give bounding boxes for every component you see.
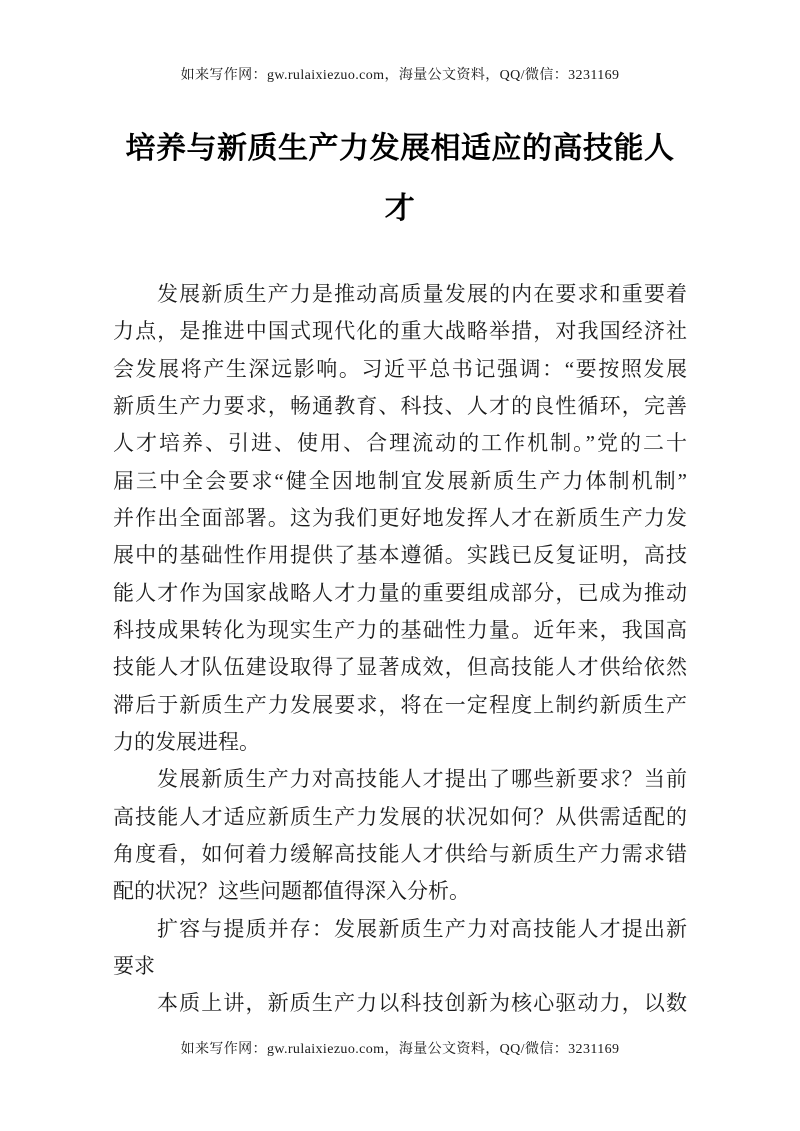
document-page: 如来写作网：gw.rulaixiezuo.com，海量公文资料，QQ/微信：32…	[0, 0, 800, 1131]
body-line: 科技成果转化为现实生产力的基础性力量。近年来，我国高	[113, 612, 687, 649]
body-line: 扩容与提质并存：发展新质生产力对高技能人才提出新	[113, 911, 687, 948]
body-line: 能人才作为国家战略人才力量的重要组成部分，已成为推动	[113, 575, 687, 612]
body-line: 滞后于新质生产力发展要求，将在一定程度上制约新质生产	[113, 687, 687, 724]
title-line: 才	[113, 179, 687, 239]
header-watermark: 如来写作网：gw.rulaixiezuo.com，海量公文资料，QQ/微信：32…	[0, 66, 800, 86]
body-line: 届三中全会要求“健全因地制宜发展新质生产力体制机制”	[113, 463, 687, 500]
body-line: 要求	[113, 948, 687, 985]
paragraph: 发展新质生产力是推动高质量发展的内在要求和重要着力点，是推进中国式现代化的重大战…	[113, 276, 687, 761]
body-line: 展中的基础性作用提供了基本遵循。实践已反复证明，高技	[113, 537, 687, 574]
footer-text: 如来写作网：gw.rulaixiezuo.com，海量公文资料，QQ/微信：32…	[181, 1042, 620, 1057]
body-line: 配的状况？这些问题都值得深入分析。	[113, 873, 687, 910]
paragraph: 扩容与提质并存：发展新质生产力对高技能人才提出新要求	[113, 911, 687, 986]
body-line: 力的发展进程。	[113, 724, 687, 761]
body-line: 发展新质生产力是推动高质量发展的内在要求和重要着	[113, 276, 687, 313]
body-line: 发展新质生产力对高技能人才提出了哪些新要求？当前	[113, 761, 687, 798]
paragraph: 发展新质生产力对高技能人才提出了哪些新要求？当前高技能人才适应新质生产力发展的状…	[113, 761, 687, 910]
body-line: 角度看，如何着力缓解高技能人才供给与新质生产力需求错	[113, 836, 687, 873]
body-line: 技能人才队伍建设取得了显著成效，但高技能人才供给依然	[113, 649, 687, 686]
body-line: 高技能人才适应新质生产力发展的状况如何？从供需适配的	[113, 799, 687, 836]
paragraph: 本质上讲，新质生产力以科技创新为核心驱动力，以数	[113, 985, 687, 1022]
body-line: 并作出全面部署。这为我们更好地发挥人才在新质生产力发	[113, 500, 687, 537]
title-line: 培养与新质生产力发展相适应的高技能人	[113, 119, 687, 179]
document-body: 发展新质生产力是推动高质量发展的内在要求和重要着力点，是推进中国式现代化的重大战…	[113, 276, 687, 1023]
body-line: 会发展将产生深远影响。习近平总书记强调：“要按照发展	[113, 351, 687, 388]
document-title: 培养与新质生产力发展相适应的高技能人才	[113, 119, 687, 239]
body-line: 本质上讲，新质生产力以科技创新为核心驱动力，以数	[113, 985, 687, 1022]
body-line: 力点，是推进中国式现代化的重大战略举措，对我国经济社	[113, 313, 687, 350]
header-text: 如来写作网：gw.rulaixiezuo.com，海量公文资料，QQ/微信：32…	[181, 68, 620, 83]
body-line: 人才培养、引进、使用、合理流动的工作机制。”党的二十	[113, 425, 687, 462]
body-line: 新质生产力要求，畅通教育、科技、人才的良性循环，完善	[113, 388, 687, 425]
footer-watermark: 如来写作网：gw.rulaixiezuo.com，海量公文资料，QQ/微信：32…	[0, 1040, 800, 1060]
